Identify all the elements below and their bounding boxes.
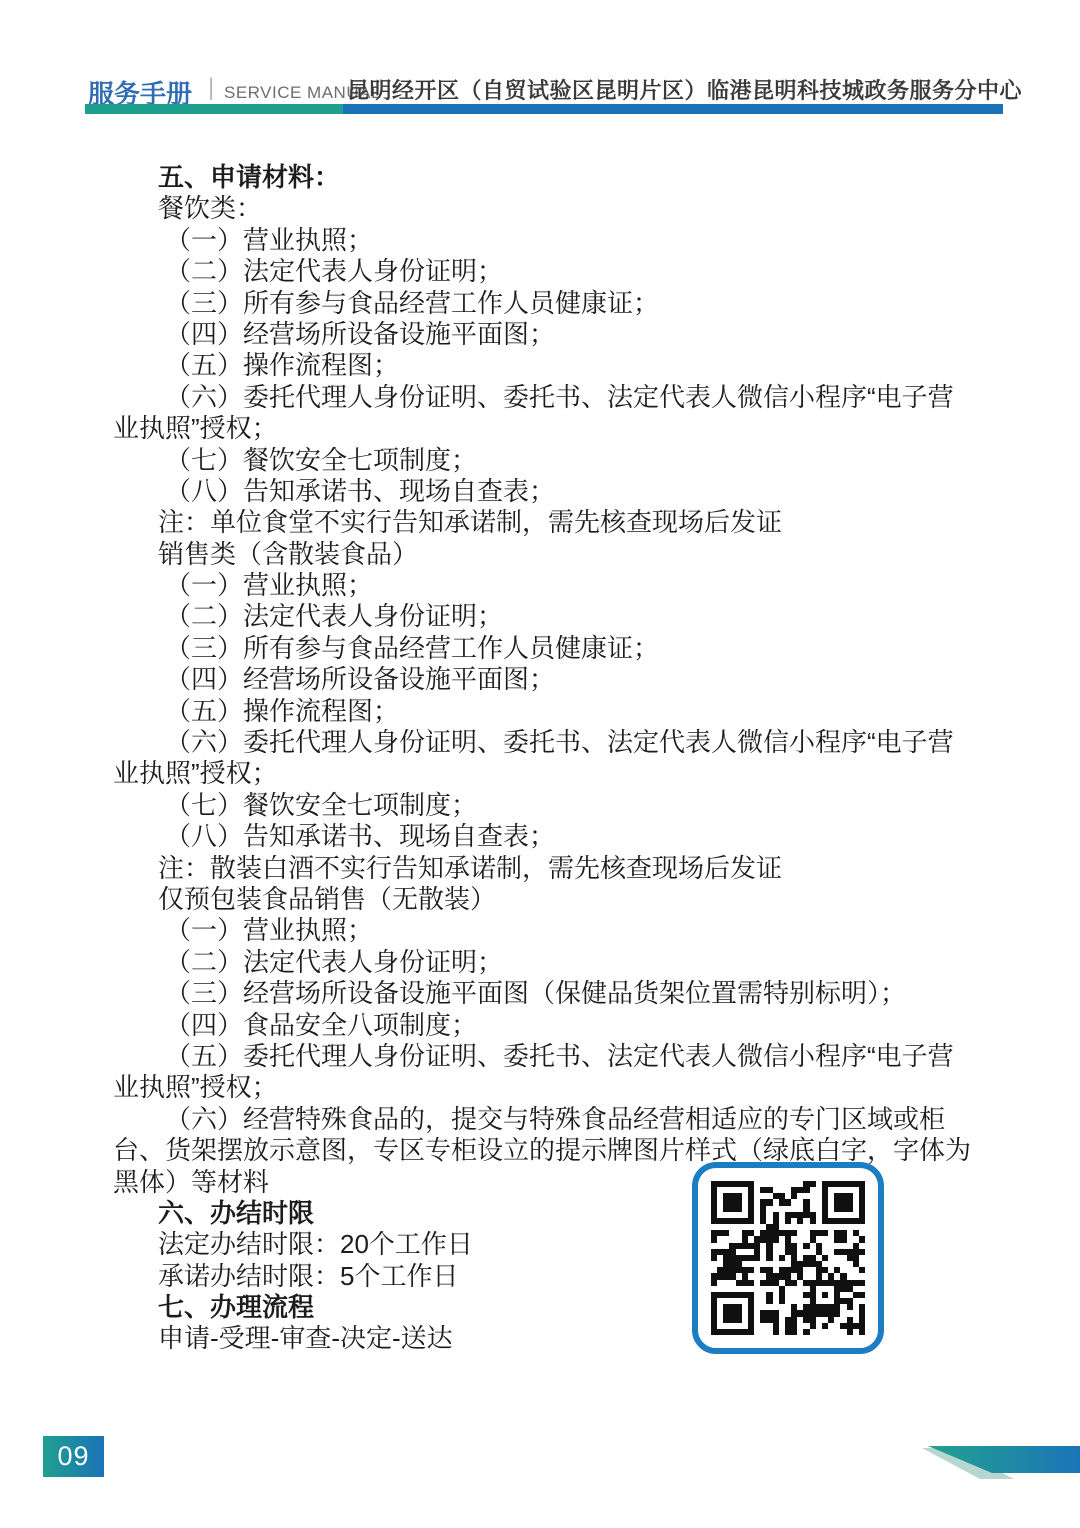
body-line: （七）餐饮安全七项制度； xyxy=(113,790,993,821)
body-line: （三）所有参与食品经营工作人员健康证； xyxy=(113,288,993,319)
body-line: （四）经营场所设备设施平面图； xyxy=(113,319,993,350)
body-line: 注：单位食堂不实行告知承诺制，需先核查现场后发证 xyxy=(113,507,993,538)
body-line: 餐饮类： xyxy=(113,193,993,224)
qr-code-pattern xyxy=(711,1181,865,1335)
body-line: （三）所有参与食品经营工作人员健康证； xyxy=(113,633,993,664)
qr-code xyxy=(692,1162,884,1354)
body-line: （八）告知承诺书、现场自查表； xyxy=(113,476,993,507)
body-line: （二）法定代表人身份证明； xyxy=(113,256,993,287)
page-title: 昆明经开区（自贸试验区昆明片区）临港昆明科技城政务服务分中心 xyxy=(347,74,1022,105)
body-line: （二）法定代表人身份证明； xyxy=(113,947,993,978)
brand-divider: | xyxy=(208,74,214,102)
page-number-badge: 09 xyxy=(43,1436,104,1477)
body-line: （六）委托代理人身份证明、委托书、法定代表人微信小程序“电子营 xyxy=(113,382,993,413)
body-line: （三）经营场所设备设施平面图（保健品货架位置需特别标明）； xyxy=(113,978,993,1009)
header-rule-blue xyxy=(343,104,1003,114)
body-line: （五）操作流程图； xyxy=(113,696,993,727)
body-line: 销售类（含散装食品） xyxy=(113,539,993,570)
header-rule-teal xyxy=(85,104,343,114)
body-line: （五）操作流程图； xyxy=(113,350,993,381)
body-line: 业执照”授权； xyxy=(113,413,993,444)
body-line: （四）食品安全八项制度； xyxy=(113,1010,993,1041)
body-line: 注：散装白酒不实行告知承诺制，需先核查现场后发证 xyxy=(113,853,993,884)
body-line: 五、申请材料： xyxy=(113,162,993,193)
body-line: 仅预包装食品销售（无散装） xyxy=(113,884,993,915)
body-line: 业执照”授权； xyxy=(113,1072,993,1103)
document-page: 服务手册 | SERVICE MANUAL 昆明经开区（自贸试验区昆明片区）临港… xyxy=(0,0,1080,1528)
body-line: （八）告知承诺书、现场自查表； xyxy=(113,821,993,852)
body-line: （四）经营场所设备设施平面图； xyxy=(113,664,993,695)
body-line: （一）营业执照； xyxy=(113,225,993,256)
body-line: （五）委托代理人身份证明、委托书、法定代表人微信小程序“电子营 xyxy=(113,1041,993,1072)
body-line: （二）法定代表人身份证明； xyxy=(113,601,993,632)
body-line: （六）委托代理人身份证明、委托书、法定代表人微信小程序“电子营 xyxy=(113,727,993,758)
body-line: （六）经营特殊食品的，提交与特殊食品经营相适应的专门区域或柜 xyxy=(113,1104,993,1135)
body-line: （一）营业执照； xyxy=(113,570,993,601)
corner-ribbon-decoration xyxy=(918,1442,1080,1482)
body-line: 业执照”授权； xyxy=(113,758,993,789)
body-line: （一）营业执照； xyxy=(113,915,993,946)
body-line: （七）餐饮安全七项制度； xyxy=(113,445,993,476)
